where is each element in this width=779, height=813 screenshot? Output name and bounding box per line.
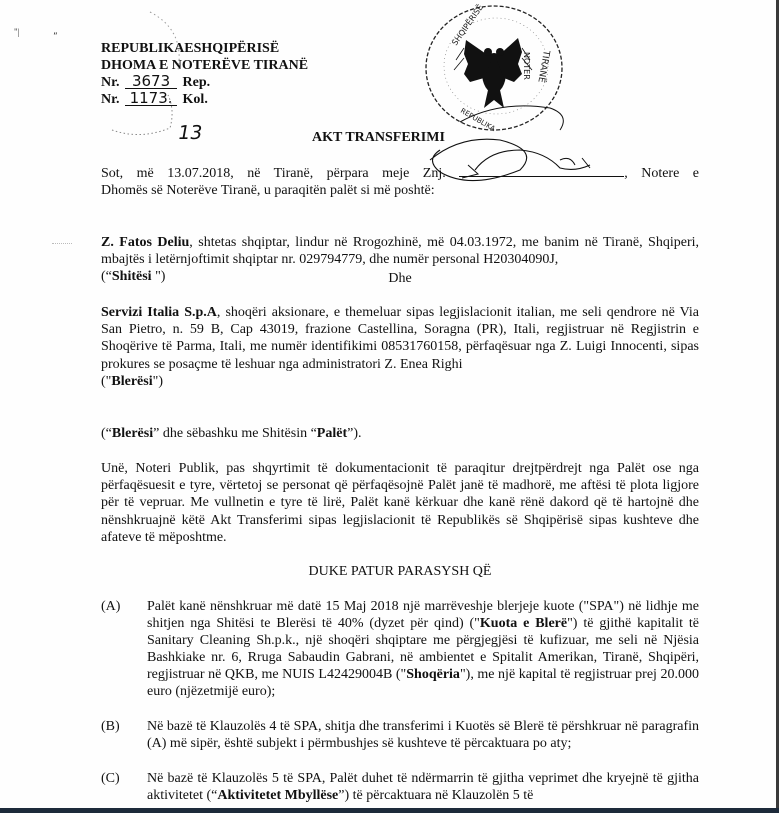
svg-text:NOTER: NOTER (522, 52, 531, 80)
and-separator: Dhe (101, 271, 699, 287)
document-header: REPUBLIKAESHQIPËRISË DHOMA E NOTERËVE TI… (101, 40, 308, 108)
recitals-heading: DUKE PATUR PARASYSH QË (101, 564, 699, 580)
header-republic: REPUBLIKAESHQIPËRISË (101, 40, 308, 57)
scan-artifact (52, 243, 72, 244)
parties-definition: (“Blerësi” dhe sëbashku me Shitësin “Pal… (101, 425, 699, 442)
seller-name: Z. Fatos Deliu (101, 235, 189, 250)
scan-mark: "| (14, 27, 19, 37)
intro-paragraph: Sot, më 13.07.2018, në Tiranë, përpara m… (101, 164, 699, 199)
recital-label: (A) (101, 598, 120, 615)
document-page: "| ″ REPUBLIKAESHQIPËRISË DHOMA E NOTERË… (0, 0, 776, 808)
kol-number: 1173. (125, 91, 177, 106)
document-title: AKT TRANSFERIMI (312, 130, 445, 146)
buyer-name: Servizi Italia S.p.A (101, 305, 217, 320)
notary-statement: Unë, Noteri Publik, pas shqyrtimit të do… (101, 460, 699, 546)
rep-number: 3673 (125, 74, 177, 89)
recital-label: (B) (101, 718, 120, 735)
scan-mark: ″ (53, 31, 58, 41)
buyer-paragraph: Servizi Italia S.p.A, shoqëri aksionare,… (101, 304, 699, 390)
recital-label: (C) (101, 770, 120, 787)
buyer-role: Blerësi (111, 374, 152, 389)
recital-item: (B) Në bazë të Klauzolës 4 të SPA, shitj… (101, 718, 699, 752)
svg-text:TIRANË: TIRANË (535, 48, 552, 83)
handwritten-page-number: 13 (176, 122, 204, 144)
header-kol-line: Nr. 1173. Kol. (101, 91, 308, 108)
viewer-bottom-bar (0, 808, 779, 813)
recital-item: (A) Palët kanë nënshkruar më datë 15 Maj… (101, 598, 699, 700)
svg-text:REPUBLIKA: REPUBLIKA (459, 107, 497, 133)
notary-signature-line (459, 164, 624, 177)
recital-item: (C) Në bazë të Klauzolës 5 të SPA, Palët… (101, 770, 699, 804)
svg-text:SHQIPËRISË: SHQIPËRISË (449, 2, 485, 47)
